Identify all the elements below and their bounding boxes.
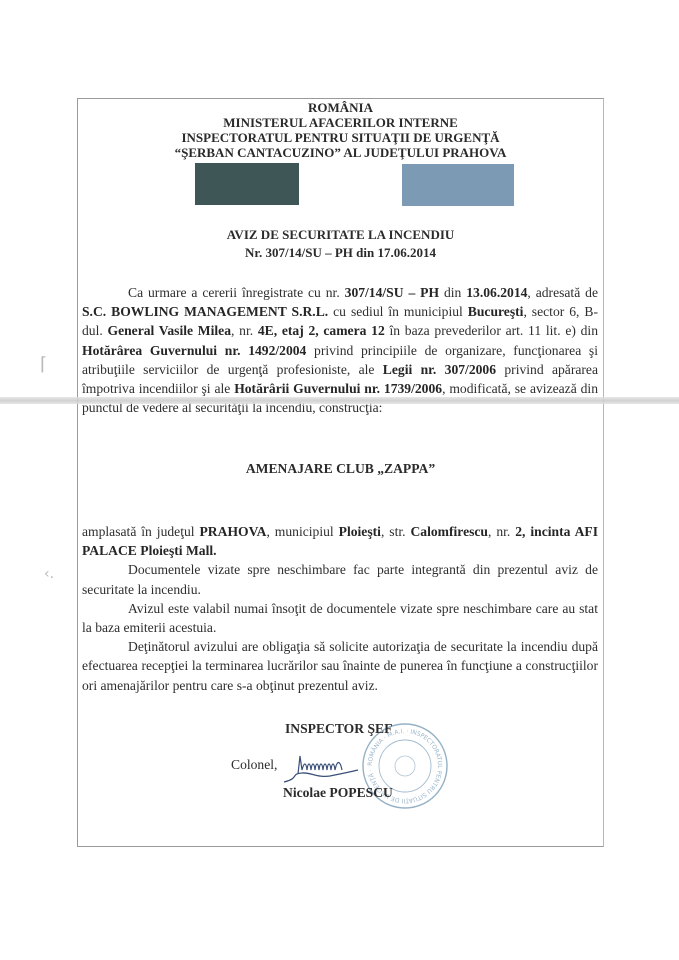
title-main: AVIZ DE SECURITATE LA INCENDIU bbox=[77, 226, 604, 244]
paragraph-validity: Avizul este valabil numai însoţit de doc… bbox=[82, 599, 598, 637]
object-name: AMENAJARE CLUB „ZAPPA” bbox=[77, 461, 604, 477]
paragraph-obligation: Deţinătorul avizului are obligaţia să so… bbox=[82, 637, 598, 695]
margin-mark: ‹. bbox=[44, 566, 54, 582]
header-inspectorate: INSPECTORATUL PENTRU SITUAŢII DE URGENŢĂ bbox=[77, 130, 604, 145]
signatory-name: Nicolae POPESCU bbox=[283, 785, 393, 801]
document-title: AVIZ DE SECURITATE LA INCENDIU Nr. 307/1… bbox=[77, 226, 604, 262]
signatory-title: INSPECTOR ŞEF bbox=[285, 721, 392, 737]
header-country: ROMÂNIA bbox=[77, 100, 604, 115]
header-county: “ŞERBAN CANTACUZINO” AL JUDEŢULUI PRAHOV… bbox=[77, 145, 604, 160]
title-number: Nr. 307/14/SU – PH din 17.06.2014 bbox=[77, 244, 604, 262]
redaction-block-left bbox=[195, 163, 299, 205]
margin-mark: ⌈ bbox=[40, 354, 47, 375]
scan-artifact-band bbox=[0, 397, 679, 404]
issuer-header: ROMÂNIA MINISTERUL AFACERILOR INTERNE IN… bbox=[77, 100, 604, 160]
handwritten-signature-icon bbox=[280, 748, 380, 788]
paragraph-documents: Documentele vizate spre neschimbare fac … bbox=[82, 560, 598, 598]
signatory-rank: Colonel, bbox=[231, 757, 277, 773]
redaction-block-right bbox=[402, 164, 514, 206]
paragraph-location-block: amplasată în judeţul PRAHOVA, municipiul… bbox=[82, 522, 598, 695]
header-ministry: MINISTERUL AFACERILOR INTERNE bbox=[77, 115, 604, 130]
paragraph-location: amplasată în judeţul PRAHOVA, municipiul… bbox=[82, 522, 598, 560]
